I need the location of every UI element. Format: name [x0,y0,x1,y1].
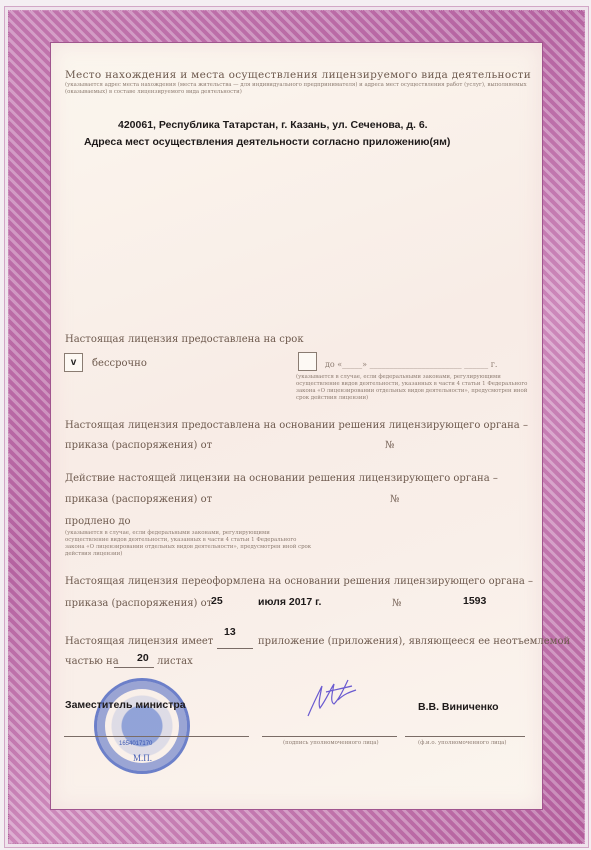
sheets-suffix: листах [157,656,193,667]
stamp-number: 1654017170 [119,741,152,747]
until-date-field: до «_____» _______________________ _____… [325,360,497,369]
sheets-count: 20 [137,652,149,664]
indefinite-checkbox[interactable]: v [64,353,83,372]
signer-position: Заместитель министра [65,699,186,711]
handwritten-signature [300,672,360,722]
reissued-basis: Настоящая лицензия переоформлена на осно… [65,576,533,587]
reissued-order-label: приказа (распоряжения) от [65,598,212,609]
stamp-mark: М.П. [133,753,152,763]
location-hint: (указывается адрес места нахождения (мес… [65,82,531,96]
granted-number-sign: № [385,440,394,451]
extended-until-label: продлено до [65,516,131,527]
sheets-prefix: частью на [65,656,119,667]
granted-order-label: приказа (распоряжения) от [65,440,212,451]
appendix-count-line [217,648,253,649]
sheets-line [114,667,154,668]
signer-name: В.В. Виниченко [418,701,499,713]
appendix-prefix: Настоящая лицензия имеет [65,636,213,647]
reissued-number-sign: № [392,598,401,609]
signature-caption: (подпись уполномоченного лица) [283,740,379,747]
until-hint: (указывается в случае, если федеральными… [296,374,534,402]
position-line [64,736,249,737]
until-checkbox[interactable] [298,352,317,371]
reissued-month-year: июля 2017 г. [258,596,321,608]
signature-line [262,736,397,737]
reissued-day: 25 [211,595,223,607]
reissued-number: 1593 [463,595,486,607]
extended-hint: (указывается в случае, если федеральными… [65,530,315,558]
extended-order-label: приказа (распоряжения) от [65,494,212,505]
granted-basis: Настоящая лицензия предоставлена на осно… [65,420,528,431]
indefinite-label: бессрочно [92,358,147,369]
address-line: 420061, Республика Татарстан, г. Казань,… [118,119,428,131]
term-label: Настоящая лицензия предоставлена на срок [65,334,304,345]
name-line [405,736,525,737]
appendix-suffix: приложение (приложения), являющееся ее н… [258,636,570,647]
extended-basis: Действие настоящей лицензии на основании… [65,473,498,484]
location-heading: Место нахождения и места осуществления л… [65,69,531,81]
appendix-count: 13 [224,626,236,638]
name-caption: (ф.и.о. уполномоченного лица) [418,740,507,747]
official-seal-stamp: 1654017170 М.П. [94,678,190,774]
extended-number-sign: № [390,494,399,505]
address-appendix-note: Адреса мест осуществления деятельности с… [84,136,450,148]
